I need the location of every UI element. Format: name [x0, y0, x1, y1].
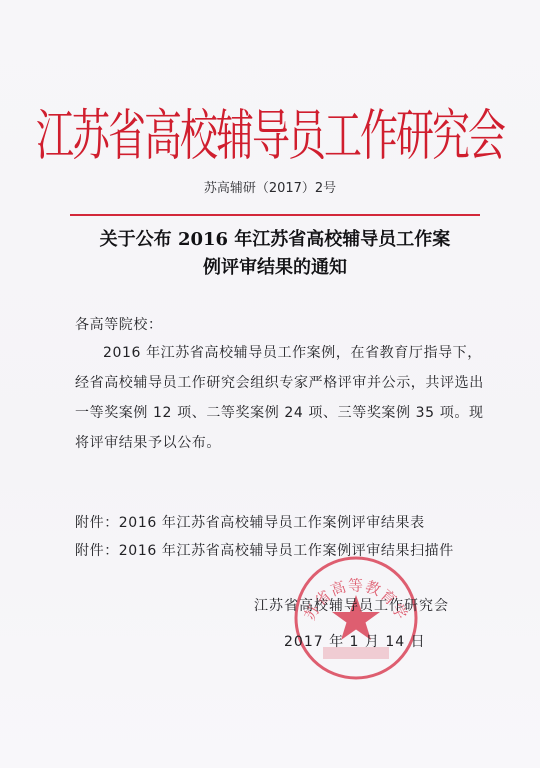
- attachment-1: 附件：2016 年江苏省高校辅导员工作案例评审结果表: [75, 508, 495, 538]
- official-seal: 江苏省高等教育学会: [293, 555, 419, 681]
- salutation: 各高等院校：: [75, 310, 495, 340]
- masthead-title: 江苏省高校辅导员工作研究会: [0, 88, 540, 184]
- notice-title: 关于公布 2016 年江苏省高校辅导员工作案 例评审结果的通知: [70, 226, 480, 282]
- document-number: 苏高辅研（2017）2号: [0, 177, 540, 196]
- notice-title-line-2: 例评审结果的通知: [70, 254, 480, 282]
- body-paragraph: 2016 年江苏省高校辅导员工作案例，在省教育厅指导下，经省高校辅导员工作研究会…: [75, 338, 495, 458]
- notice-title-line-1: 关于公布 2016 年江苏省高校辅导员工作案: [70, 226, 480, 254]
- signature-date: 2017 年 1 月 14 日: [284, 630, 426, 654]
- document-page: 江苏省高校辅导员工作研究会 苏高辅研（2017）2号 关于公布 2016 年江苏…: [0, 0, 540, 768]
- attachment-2: 附件：2016 年江苏省高校辅导员工作案例评审结果扫描件: [75, 536, 495, 566]
- red-divider: [70, 214, 480, 216]
- signature-organization: 江苏省高校辅导员工作研究会: [254, 594, 449, 618]
